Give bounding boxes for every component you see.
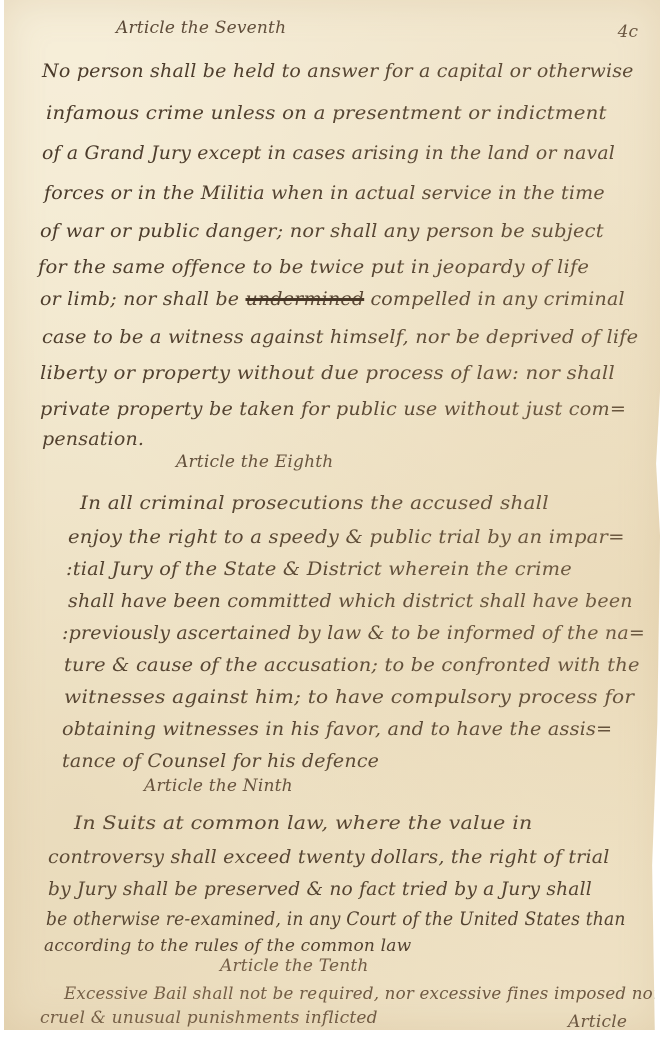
struck-word: undermined: [246, 288, 365, 310]
text-line: by Jury shall be preserved & no fact tri…: [48, 878, 592, 900]
text-line: case to be a witness against himself, no…: [42, 326, 638, 348]
text-line: be otherwise re-examined, in any Court o…: [46, 908, 626, 930]
text-line: In all criminal prosecutions the accused…: [80, 492, 549, 514]
text-line: witnesses against him; to have compulsor…: [64, 686, 634, 708]
text-line: of a Grand Jury except in cases arising …: [42, 142, 615, 164]
text-line: No person shall be held to answer for a …: [42, 60, 634, 82]
text-line-with-strike: or limb; nor shall be undermined compell…: [40, 288, 625, 310]
text-line: private property be taken for public use…: [40, 398, 626, 420]
text-line: according to the rules of the common law: [44, 936, 411, 956]
text-line: enjoy the right to a speedy & public tri…: [68, 526, 625, 548]
text-line: for the same offence to be twice put in …: [38, 256, 589, 278]
text-line: Excessive Bail shall not be required, no…: [64, 984, 661, 1004]
text-line: infamous crime unless on a presentment o…: [46, 102, 607, 124]
text-line: liberty or property without due process …: [40, 362, 615, 384]
text-line: shall have been committed which district…: [68, 590, 633, 612]
text-line: obtaining witnesses in his favor, and to…: [62, 718, 612, 740]
text-line: In Suits at common law, where the value …: [74, 812, 532, 834]
page-number: 4c: [618, 22, 638, 42]
text-line: of war or public danger; nor shall any p…: [40, 220, 604, 242]
article-heading-tenth: Article the Tenth: [220, 956, 369, 976]
text-line: ture & cause of the accusation; to be co…: [64, 654, 640, 676]
manuscript-page: 4c Article the Seventh No person shall b…: [4, 0, 660, 1030]
article-heading-ninth: Article the Ninth: [144, 776, 293, 796]
text-segment: or limb; nor shall be: [40, 288, 239, 310]
text-line: tance of Counsel for his defence: [62, 750, 379, 772]
text-segment: compelled in any criminal: [370, 288, 624, 310]
text-line: controversy shall exceed twenty dollars,…: [48, 846, 610, 868]
text-line: pensation.: [42, 428, 144, 450]
catchword: Article: [568, 1012, 627, 1032]
article-heading-seventh: Article the Seventh: [116, 18, 286, 38]
text-line: forces or in the Militia when in actual …: [44, 182, 605, 204]
article-heading-eighth: Article the Eighth: [176, 452, 333, 472]
text-line: :previously ascertained by law & to be i…: [62, 622, 645, 644]
text-line: cruel & unusual punishments inflicted: [40, 1008, 378, 1028]
text-line: :tial Jury of the State & District where…: [66, 558, 572, 580]
